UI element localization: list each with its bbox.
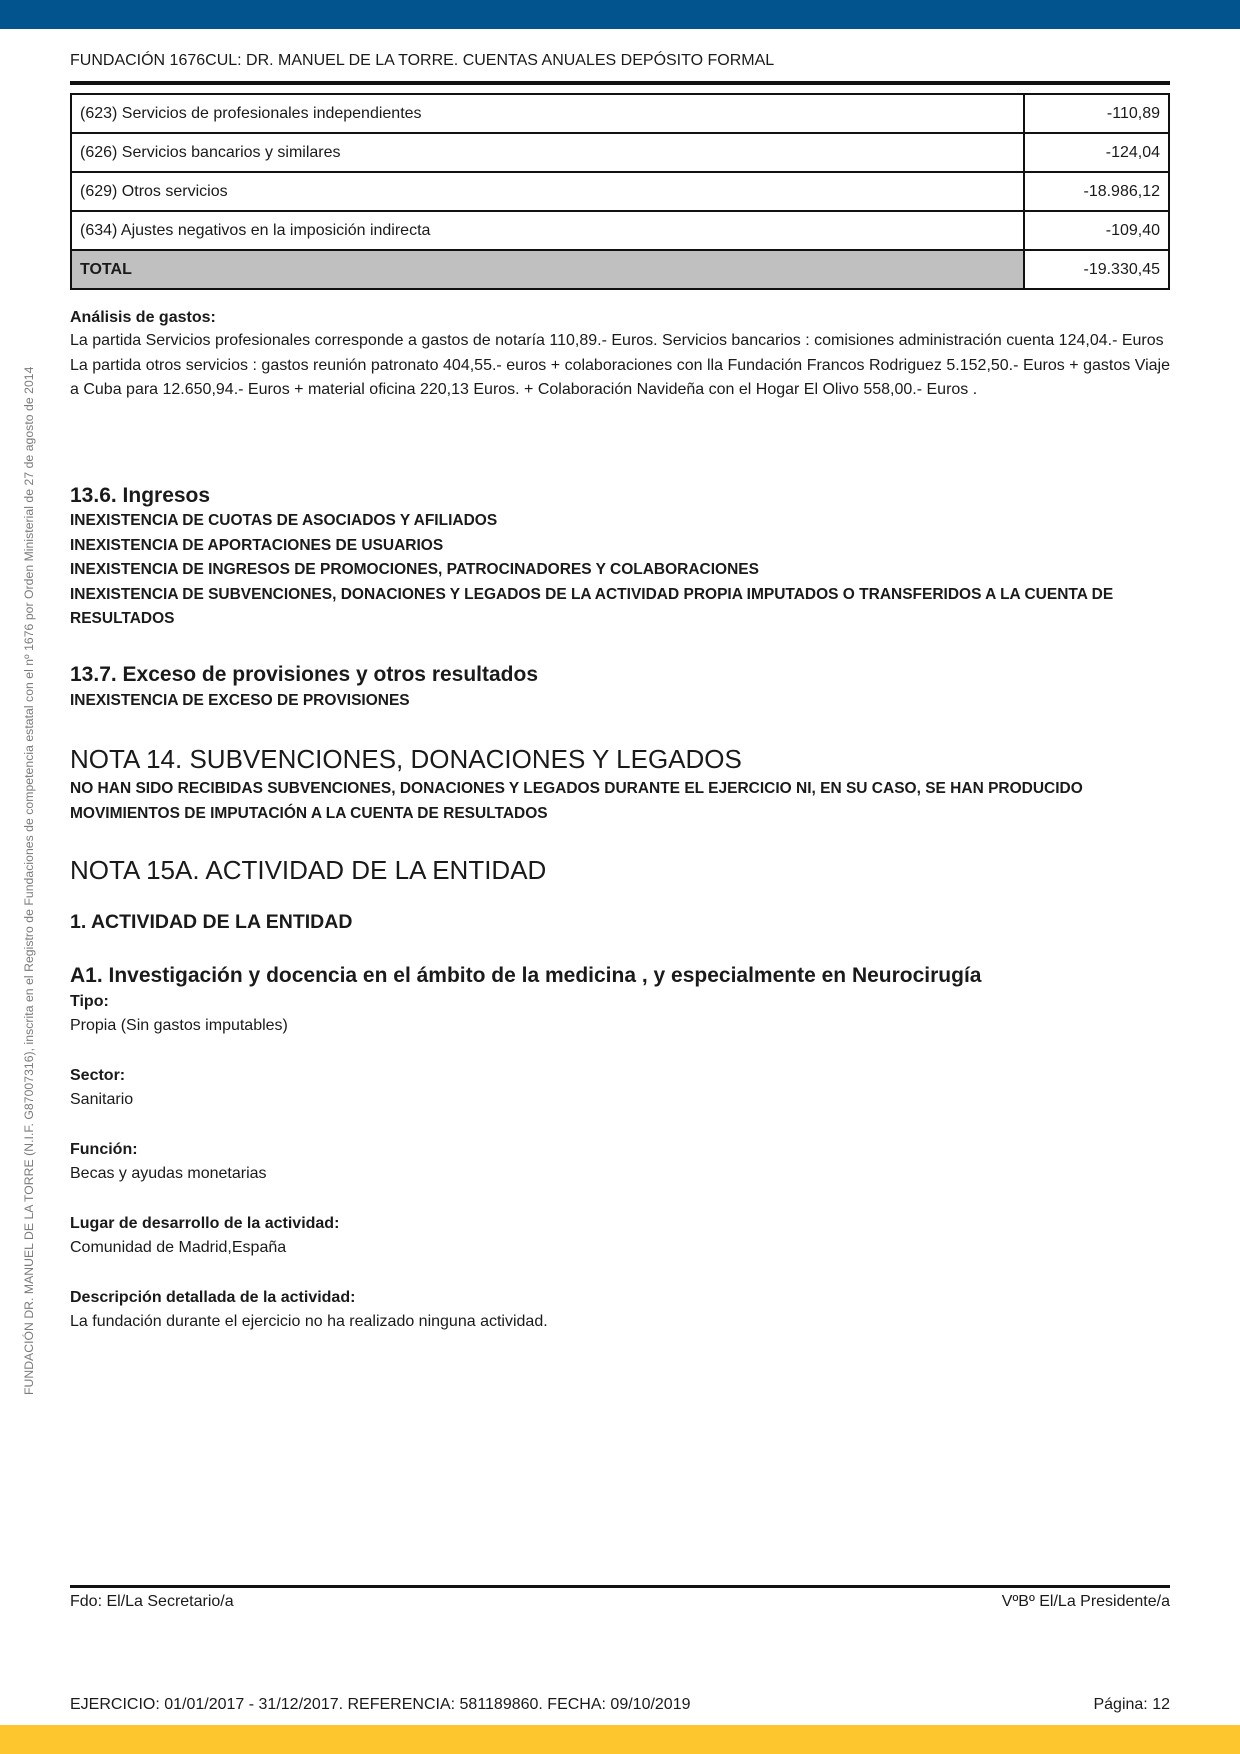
document-header-title: FUNDACIÓN 1676CUL: DR. MANUEL DE LA TORR… [70,52,774,70]
activity-field-funcion: Función: Becas y ayudas monetarias [70,1138,1170,1186]
provisions-line: INEXISTENCIA DE EXCESO DE PROVISIONES [70,689,1170,714]
field-value: Comunidad de Madrid,España [70,1236,1170,1260]
row-amount: -110,89 [1024,94,1169,133]
nota-14-text: NO HAN SIDO RECIBIDAS SUBVENCIONES, DONA… [70,777,1170,826]
registry-side-text: FUNDACIÓN DR. MANUEL DE LA TORRE (N.I.F.… [22,367,36,1395]
row-label: (623) Servicios de profesionales indepen… [71,94,1024,133]
row-label: (629) Otros servicios [71,172,1024,211]
expense-analysis: Análisis de gastos: La partida Servicios… [70,307,1170,403]
section-13-7-title: 13.7. Exceso de provisiones y otros resu… [70,661,1170,689]
section-13-6-title: 13.6. Ingresos [70,483,1170,509]
income-line: INEXISTENCIA DE APORTACIONES DE USUARIOS [70,534,1170,559]
table-row: (634) Ajustes negativos en la imposición… [71,211,1169,250]
activity-field-descripcion: Descripción detallada de la actividad: L… [70,1286,1170,1334]
expenses-table: (623) Servicios de profesionales indepen… [70,93,1170,290]
activity-title: A1. Investigación y docencia en el ámbit… [70,962,1170,990]
field-value: Propia (Sin gastos imputables) [70,1014,1170,1038]
field-label: Función: [70,1138,1170,1162]
signature-divider [70,1585,1170,1588]
income-line: INEXISTENCIA DE INGRESOS DE PROMOCIONES,… [70,558,1170,583]
table-row: (629) Otros servicios -18.986,12 [71,172,1169,211]
total-row: TOTAL -19.330,45 [71,250,1169,289]
analysis-paragraph-1: La partida Servicios profesionales corre… [70,329,1170,354]
activity-field-sector: Sector: Sanitario [70,1064,1170,1112]
field-value: Becas y ayudas monetarias [70,1162,1170,1186]
section-13-7: 13.7. Exceso de provisiones y otros resu… [70,661,1170,714]
secretary-signature: Fdo: El/La Secretario/a [70,1593,234,1611]
bottom-color-band [0,1725,1240,1754]
analysis-paragraph-2: La partida otros servicios : gastos reun… [70,354,1170,403]
row-amount: -124,04 [1024,133,1169,172]
field-value: Sanitario [70,1088,1170,1112]
table-row: (623) Servicios de profesionales indepen… [71,94,1169,133]
footer-info: EJERCICIO: 01/01/2017 - 31/12/2017. REFE… [70,1696,691,1714]
president-signature: VºBº El/La Presidente/a [1002,1593,1170,1611]
total-label: TOTAL [71,250,1024,289]
income-line: INEXISTENCIA DE SUBVENCIONES, DONACIONES… [70,583,1170,632]
total-amount: -19.330,45 [1024,250,1169,289]
activity-section-title: 1. ACTIVIDAD DE LA ENTIDAD [70,908,1170,936]
nota-14-title: NOTA 14. SUBVENCIONES, DONACIONES Y LEGA… [70,741,1170,777]
nota-15a: NOTA 15A. ACTIVIDAD DE LA ENTIDAD 1. ACT… [70,852,1170,1334]
field-label: Sector: [70,1064,1170,1088]
field-value: La fundación durante el ejercicio no ha … [70,1310,1170,1334]
row-label: (626) Servicios bancarios y similares [71,133,1024,172]
analysis-title: Análisis de gastos: [70,307,1170,329]
row-amount: -109,40 [1024,211,1169,250]
header-divider [70,81,1170,85]
income-line: INEXISTENCIA DE CUOTAS DE ASOCIADOS Y AF… [70,509,1170,534]
activity-field-lugar: Lugar de desarrollo de la actividad: Com… [70,1212,1170,1260]
section-13-6: 13.6. Ingresos INEXISTENCIA DE CUOTAS DE… [70,483,1170,632]
page-number: Página: 12 [1093,1696,1170,1714]
field-label: Lugar de desarrollo de la actividad: [70,1212,1170,1236]
table-row: (626) Servicios bancarios y similares -1… [71,133,1169,172]
top-color-band [0,0,1240,29]
row-label: (634) Ajustes negativos en la imposición… [71,211,1024,250]
field-label: Descripción detallada de la actividad: [70,1286,1170,1310]
activity-field-tipo: Tipo: Propia (Sin gastos imputables) [70,990,1170,1038]
nota-14: NOTA 14. SUBVENCIONES, DONACIONES Y LEGA… [70,741,1170,826]
nota-15a-title: NOTA 15A. ACTIVIDAD DE LA ENTIDAD [70,852,1170,888]
field-label: Tipo: [70,990,1170,1014]
row-amount: -18.986,12 [1024,172,1169,211]
